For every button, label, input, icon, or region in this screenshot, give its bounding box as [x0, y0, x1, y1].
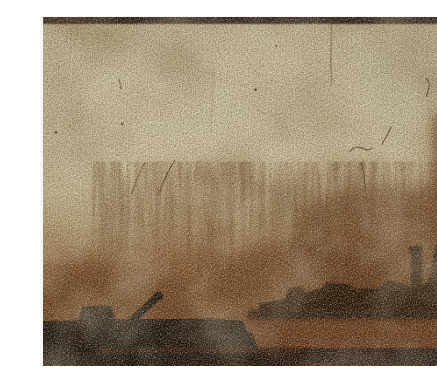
film-still-art	[43, 17, 437, 366]
film-still	[40, 16, 437, 366]
film-grain-light	[43, 17, 437, 366]
